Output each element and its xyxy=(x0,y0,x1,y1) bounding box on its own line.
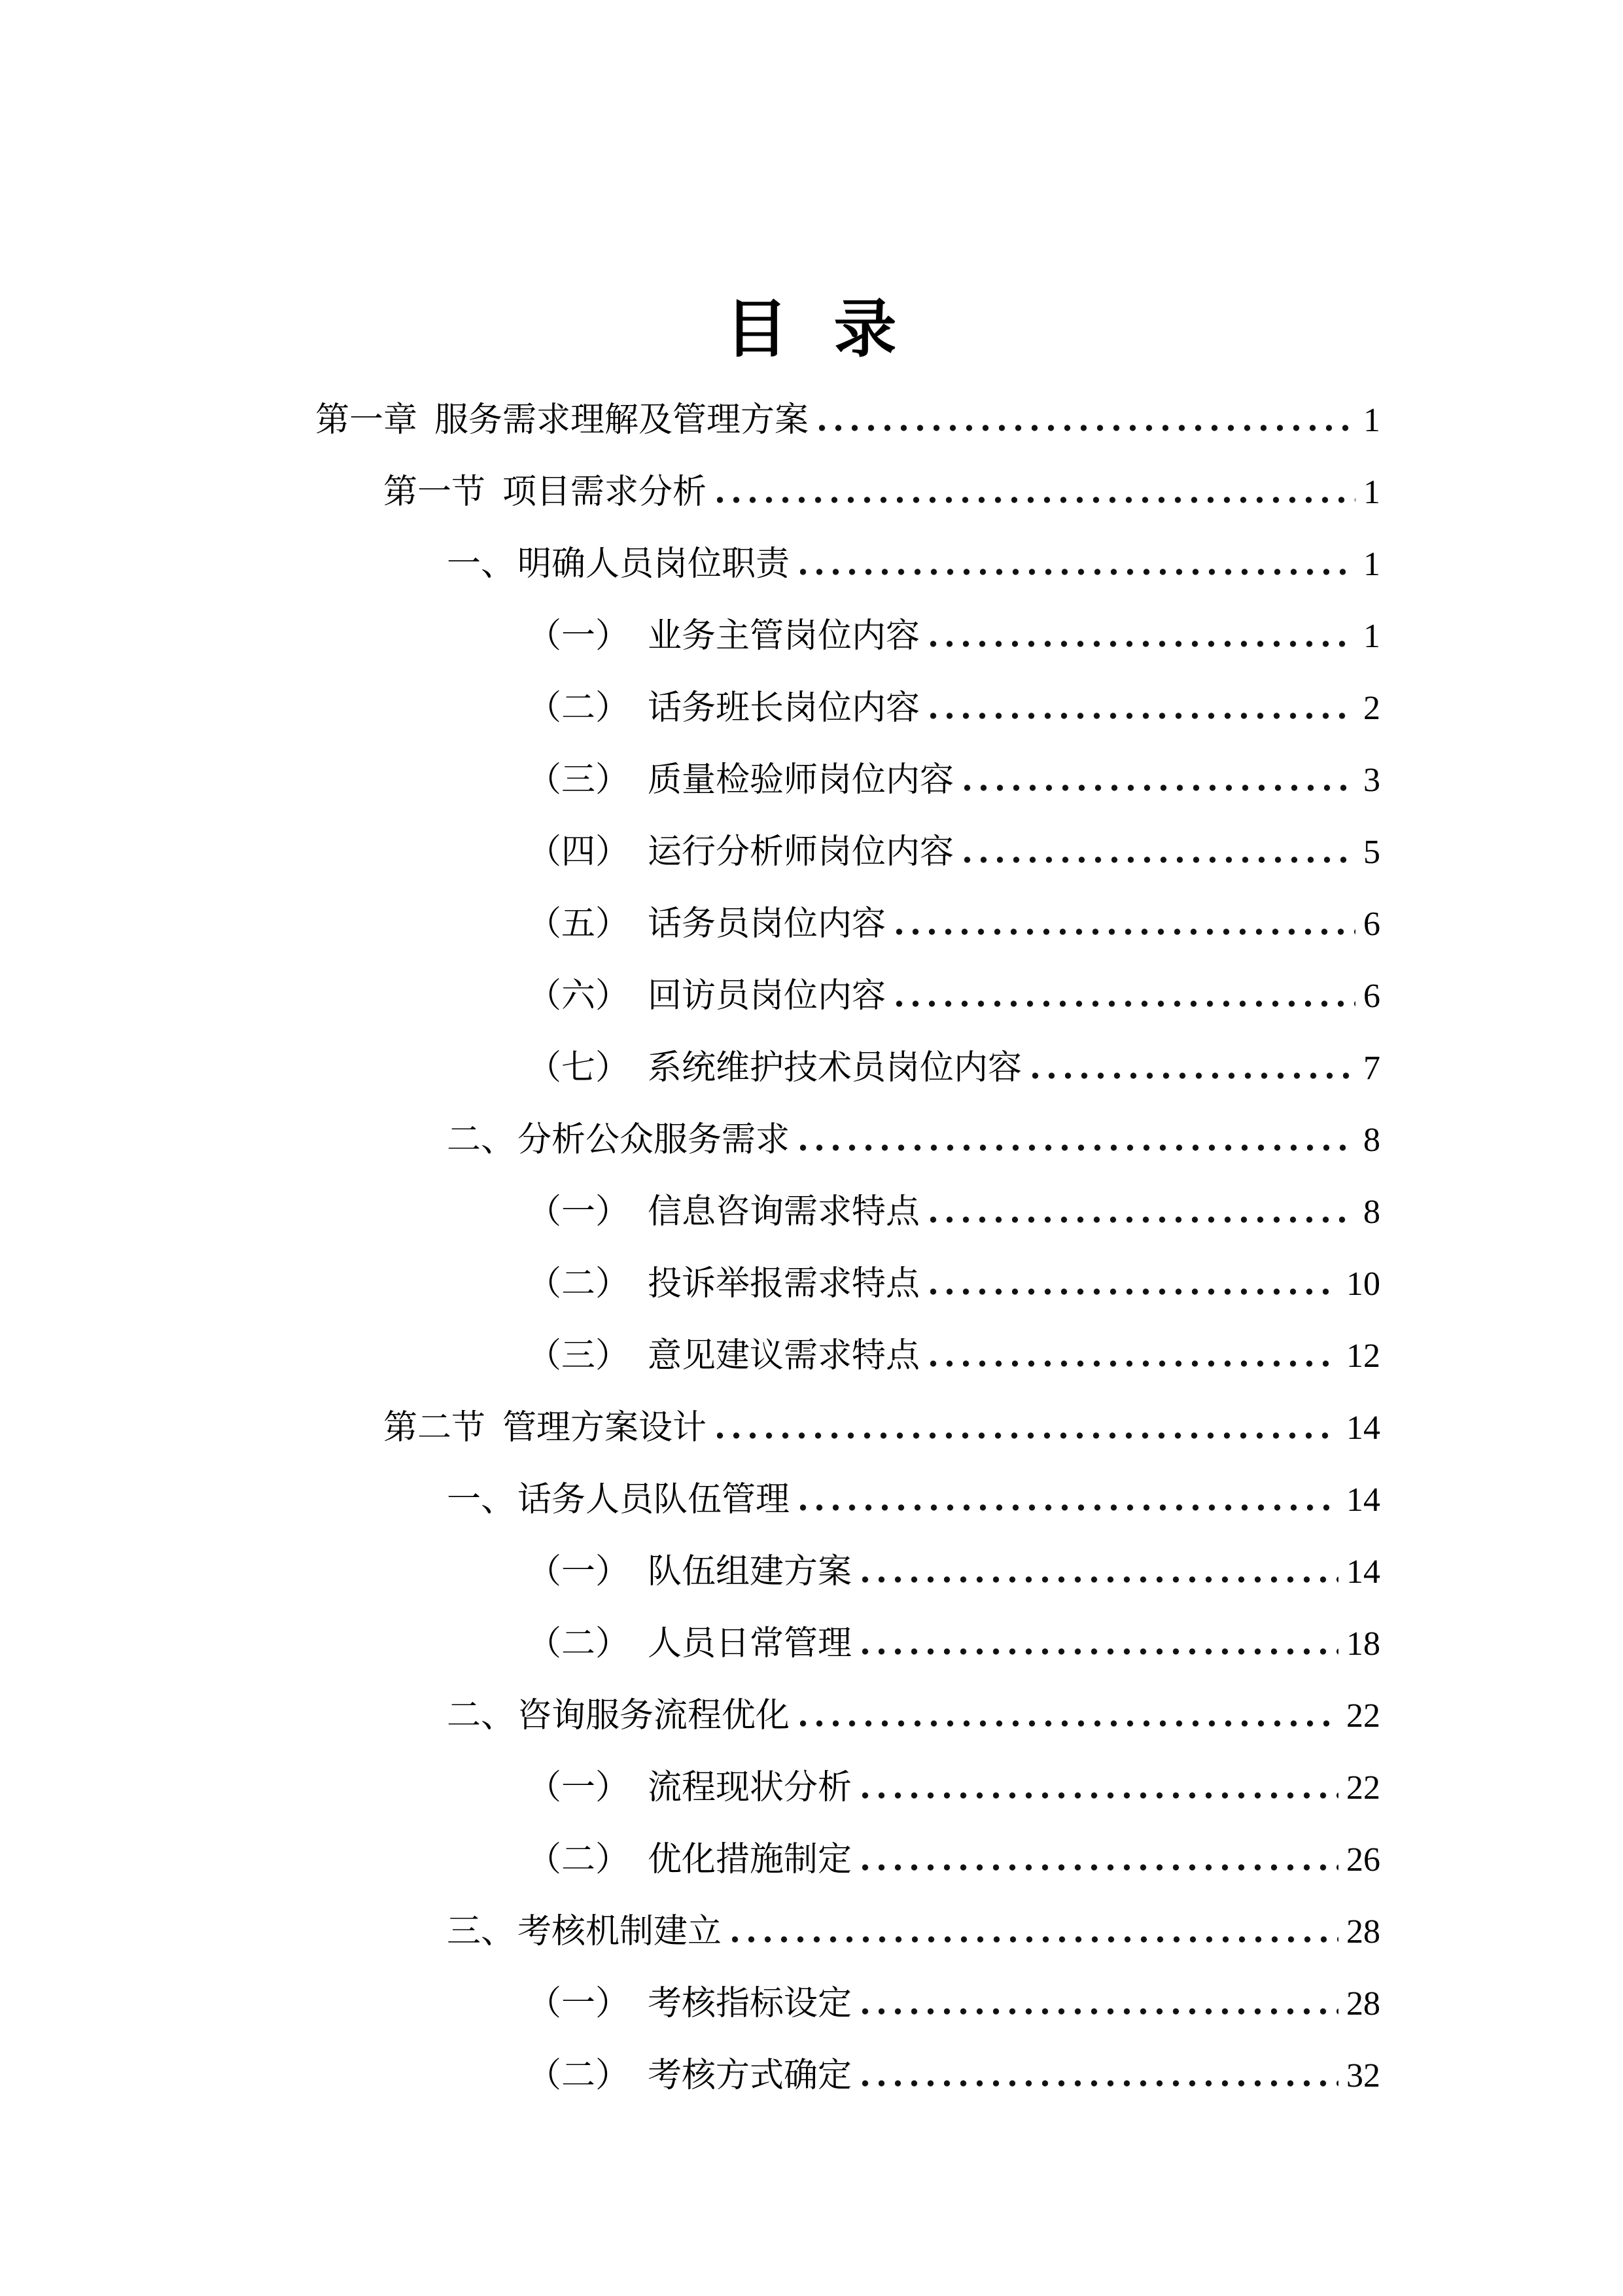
dot-leader xyxy=(862,1791,1338,1799)
toc-title: 目 录 xyxy=(0,298,1623,361)
dot-leader xyxy=(930,1287,1338,1295)
toc-entry-page: 14 xyxy=(1346,1392,1380,1464)
toc-entry-number: （一） xyxy=(527,1968,629,2040)
toc-entry-title: 考核机制建立 xyxy=(517,1896,722,1968)
toc-entry-number: （一） xyxy=(527,1752,629,1824)
dot-leader xyxy=(930,711,1355,719)
toc-entry-number: （二） xyxy=(527,1824,629,1896)
toc-entry-page: 14 xyxy=(1346,1464,1380,1536)
toc-entry-page: 7 xyxy=(1363,1033,1380,1104)
toc-entry-page: 14 xyxy=(1346,1536,1380,1608)
toc-entry-number: （二） xyxy=(527,1608,629,1680)
toc-entry: （二）投诉举报需求特点10 xyxy=(0,1248,1623,1320)
toc-entry-title: 运行分析师岗位内容 xyxy=(648,817,954,889)
toc-entry-number: （一） xyxy=(527,1536,629,1608)
toc-entry: （二）优化措施制定26 xyxy=(0,1824,1623,1896)
toc-entry-number: 三、 xyxy=(447,1896,515,1968)
toc-entry-page: 5 xyxy=(1363,817,1380,889)
toc-entry-number: （六） xyxy=(527,961,629,1033)
dot-leader xyxy=(862,2079,1338,2087)
toc-entry-title: 信息咨询需求特点 xyxy=(648,1176,920,1248)
document-page: 目 录 第一章服务需求理解及管理方案1第一节项目需求分析1一、明确人员岗位职责1… xyxy=(0,0,1623,2296)
toc-entry-page: 10 xyxy=(1346,1248,1380,1320)
toc-entry: （一）队伍组建方案14 xyxy=(0,1536,1623,1608)
toc-entry-number: （二） xyxy=(527,1248,629,1320)
toc-entry-title: 管理方案设计 xyxy=(502,1392,707,1464)
toc-entry: （一）业务主管岗位内容1 xyxy=(0,601,1623,673)
toc-entry-title: 服务需求理解及管理方案 xyxy=(434,385,809,457)
dot-leader xyxy=(862,1575,1338,1583)
toc-entry: （一）信息咨询需求特点8 xyxy=(0,1176,1623,1248)
toc-entry: （二）人员日常管理18 xyxy=(0,1608,1623,1680)
toc-entry: （二）话务班长岗位内容2 xyxy=(0,673,1623,745)
dot-leader xyxy=(964,855,1355,863)
toc-entry: 第二节管理方案设计14 xyxy=(0,1392,1623,1464)
toc-entry-number: （三） xyxy=(527,1320,629,1392)
dot-leader xyxy=(896,999,1355,1007)
toc-entry: 二、咨询服务流程优化22 xyxy=(0,1680,1623,1752)
toc-entry: 第一章服务需求理解及管理方案1 xyxy=(0,385,1623,457)
toc-entry-page: 28 xyxy=(1346,1968,1380,2040)
toc-entry-title: 业务主管岗位内容 xyxy=(648,601,920,673)
toc-entry-title: 考核方式确定 xyxy=(648,2040,852,2112)
dot-leader xyxy=(800,1143,1355,1151)
toc-entry-page: 22 xyxy=(1346,1752,1380,1824)
toc-entry: （一）考核指标设定28 xyxy=(0,1968,1623,2040)
toc-entry-number: （四） xyxy=(527,817,629,889)
toc-entry-page: 12 xyxy=(1346,1320,1380,1392)
toc-entry-number: 二、 xyxy=(447,1104,515,1176)
toc-entry-title: 队伍组建方案 xyxy=(648,1536,852,1608)
toc-entry-page: 6 xyxy=(1363,889,1380,961)
toc-entry-number: 二、 xyxy=(447,1680,515,1752)
toc-entry-page: 32 xyxy=(1346,2040,1380,2112)
dot-leader xyxy=(717,1431,1338,1439)
toc-entry-title: 话务员岗位内容 xyxy=(648,889,886,961)
toc-entry: （三）意见建议需求特点12 xyxy=(0,1320,1623,1392)
toc-list: 第一章服务需求理解及管理方案1第一节项目需求分析1一、明确人员岗位职责1（一）业… xyxy=(0,385,1623,2112)
toc-entry: （七）系统维护技术员岗位内容7 xyxy=(0,1033,1623,1104)
toc-entry-number: 第一章 xyxy=(315,385,417,457)
dot-leader xyxy=(930,1215,1355,1223)
toc-entry-page: 1 xyxy=(1363,601,1380,673)
toc-entry-page: 26 xyxy=(1346,1824,1380,1896)
toc-entry-page: 28 xyxy=(1346,1896,1380,1968)
dot-leader xyxy=(800,567,1355,575)
toc-entry-title: 优化措施制定 xyxy=(648,1824,852,1896)
toc-entry: 二、分析公众服务需求8 xyxy=(0,1104,1623,1176)
toc-entry-title: 投诉举报需求特点 xyxy=(648,1248,920,1320)
toc-entry-page: 8 xyxy=(1363,1176,1380,1248)
toc-entry-page: 8 xyxy=(1363,1104,1380,1176)
toc-entry-title: 话务班长岗位内容 xyxy=(648,673,920,745)
toc-entry-title: 流程现状分析 xyxy=(648,1752,852,1824)
toc-entry-page: 18 xyxy=(1346,1608,1380,1680)
toc-entry: 一、话务人员队伍管理14 xyxy=(0,1464,1623,1536)
dot-leader xyxy=(732,1935,1338,1943)
toc-entry-page: 3 xyxy=(1363,745,1380,817)
toc-entry-title: 系统维护技术员岗位内容 xyxy=(648,1033,1022,1104)
toc-entry: （三）质量检验师岗位内容3 xyxy=(0,745,1623,817)
dot-leader xyxy=(800,1719,1338,1727)
dot-leader xyxy=(964,783,1355,791)
toc-entry-number: （二） xyxy=(527,2040,629,2112)
toc-entry-page: 1 xyxy=(1363,529,1380,601)
toc-entry-title: 项目需求分析 xyxy=(502,457,707,529)
toc-entry: 第一节项目需求分析1 xyxy=(0,457,1623,529)
dot-leader xyxy=(896,927,1355,935)
toc-entry-number: 第一节 xyxy=(383,457,485,529)
toc-entry-title: 质量检验师岗位内容 xyxy=(648,745,954,817)
toc-entry-number: （一） xyxy=(527,601,629,673)
toc-entry-page: 2 xyxy=(1363,673,1380,745)
toc-entry-title: 咨询服务流程优化 xyxy=(517,1680,790,1752)
dot-leader xyxy=(717,495,1355,503)
toc-entry-number: （二） xyxy=(527,673,629,745)
toc-entry-title: 回访员岗位内容 xyxy=(648,961,886,1033)
dot-leader xyxy=(930,1359,1338,1367)
dot-leader xyxy=(800,1503,1338,1511)
toc-entry-number: （三） xyxy=(527,745,629,817)
toc-entry: 一、明确人员岗位职责1 xyxy=(0,529,1623,601)
dot-leader xyxy=(819,423,1355,431)
toc-entry: （四）运行分析师岗位内容5 xyxy=(0,817,1623,889)
toc-entry: （二）考核方式确定32 xyxy=(0,2040,1623,2112)
toc-entry-number: （五） xyxy=(527,889,629,961)
toc-entry: （六）回访员岗位内容6 xyxy=(0,961,1623,1033)
toc-entry: 三、考核机制建立28 xyxy=(0,1896,1623,1968)
toc-entry-title: 分析公众服务需求 xyxy=(517,1104,790,1176)
toc-entry-title: 话务人员队伍管理 xyxy=(517,1464,790,1536)
toc-entry-title: 人员日常管理 xyxy=(648,1608,852,1680)
dot-leader xyxy=(862,1647,1338,1655)
dot-leader xyxy=(1032,1071,1355,1079)
dot-leader xyxy=(862,2007,1338,2015)
toc-entry-page: 22 xyxy=(1346,1680,1380,1752)
toc-entry: （一）流程现状分析22 xyxy=(0,1752,1623,1824)
toc-entry-title: 明确人员岗位职责 xyxy=(517,529,790,601)
toc-entry-page: 1 xyxy=(1363,457,1380,529)
toc-entry-number: （七） xyxy=(527,1033,629,1104)
toc-entry-page: 6 xyxy=(1363,961,1380,1033)
toc-entry-number: （一） xyxy=(527,1176,629,1248)
toc-entry-title: 考核指标设定 xyxy=(648,1968,852,2040)
toc-entry-number: 一、 xyxy=(447,529,515,601)
toc-entry-title: 意见建议需求特点 xyxy=(648,1320,920,1392)
dot-leader xyxy=(862,1863,1338,1871)
toc-entry-page: 1 xyxy=(1363,385,1380,457)
dot-leader xyxy=(930,639,1355,647)
toc-entry: （五）话务员岗位内容6 xyxy=(0,889,1623,961)
toc-entry-number: 一、 xyxy=(447,1464,515,1536)
toc-entry-number: 第二节 xyxy=(383,1392,485,1464)
